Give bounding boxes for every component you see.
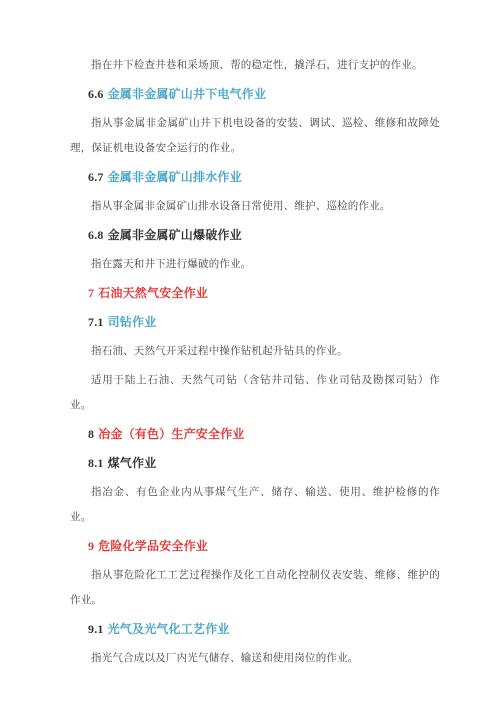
- heading-title: 金属非金属矿山爆破作业: [108, 228, 242, 242]
- heading-number: 8: [88, 427, 94, 441]
- section-heading: 9.1光气及光气化工艺作业: [88, 617, 440, 642]
- heading-title: 光气及光气化工艺作业: [108, 622, 230, 636]
- heading-title: 金属非金属矿山排水作业: [108, 170, 242, 184]
- heading-number: 7: [88, 286, 94, 300]
- paragraph: 指光气合成以及厂内光气储存、输送和使用岗位的作业。: [70, 646, 440, 671]
- heading-number: 7.1: [88, 315, 104, 329]
- heading-title: 金属非金属矿山井下电气作业: [108, 87, 267, 101]
- heading-title: 石油天然气安全作业: [98, 286, 208, 300]
- document-blocks: 指在井下检查井巷和采场顶、帮的稳定性，撬浮石，进行支护的作业。6.6金属非金属矿…: [70, 53, 440, 671]
- heading-title: 煤气作业: [108, 456, 157, 470]
- paragraph: 指从事金属非金属矿山排水设备日常使用、维护、巡检的作业。: [70, 194, 440, 219]
- section-heading: 7.1司钻作业: [88, 310, 440, 335]
- section-heading: 9危险化学品安全作业: [88, 534, 440, 559]
- section-heading: 8冶金（有色）生产安全作业: [88, 422, 440, 447]
- paragraph: 指从事危险化工工艺过程操作及化工自动化控制仪表安装、维修、维护的作业。: [70, 563, 440, 613]
- heading-number: 6.6: [88, 87, 104, 101]
- heading-number: 9.1: [88, 622, 104, 636]
- paragraph: 指从事金属非金属矿山井下机电设备的安装、调试、巡检、维修和故障处理，保证机电设备…: [70, 111, 440, 161]
- paragraph: 指在井下检查井巷和采场顶、帮的稳定性，撬浮石，进行支护的作业。: [70, 53, 440, 78]
- section-heading: 6.7金属非金属矿山排水作业: [88, 165, 440, 190]
- heading-number: 8.1: [88, 456, 104, 470]
- heading-number: 6.7: [88, 170, 104, 184]
- heading-number: 9: [88, 539, 94, 553]
- heading-title: 危险化学品安全作业: [98, 539, 208, 553]
- heading-title: 司钻作业: [108, 315, 157, 329]
- document-page: 指在井下检查井巷和采场顶、帮的稳定性，撬浮石，进行支护的作业。6.6金属非金属矿…: [0, 0, 500, 707]
- paragraph: 适用于陆上石油、天然气司钻（含钻井司钻、作业司钻及勘探司钻）作业。: [70, 368, 440, 418]
- paragraph: 指冶金、有色企业内从事煤气生产、储存、输送、使用、维护检修的作业。: [70, 480, 440, 530]
- section-heading: 8.1煤气作业: [88, 451, 440, 476]
- paragraph: 指石油、天然气开采过程中操作钻机起升钻具的作业。: [70, 339, 440, 364]
- heading-title: 冶金（有色）生产安全作业: [98, 427, 244, 441]
- section-heading: 7石油天然气安全作业: [88, 281, 440, 306]
- paragraph: 指在露天和井下进行爆破的作业。: [70, 252, 440, 277]
- section-heading: 6.6金属非金属矿山井下电气作业: [88, 82, 440, 107]
- heading-number: 6.8: [88, 228, 104, 242]
- section-heading: 6.8金属非金属矿山爆破作业: [88, 223, 440, 248]
